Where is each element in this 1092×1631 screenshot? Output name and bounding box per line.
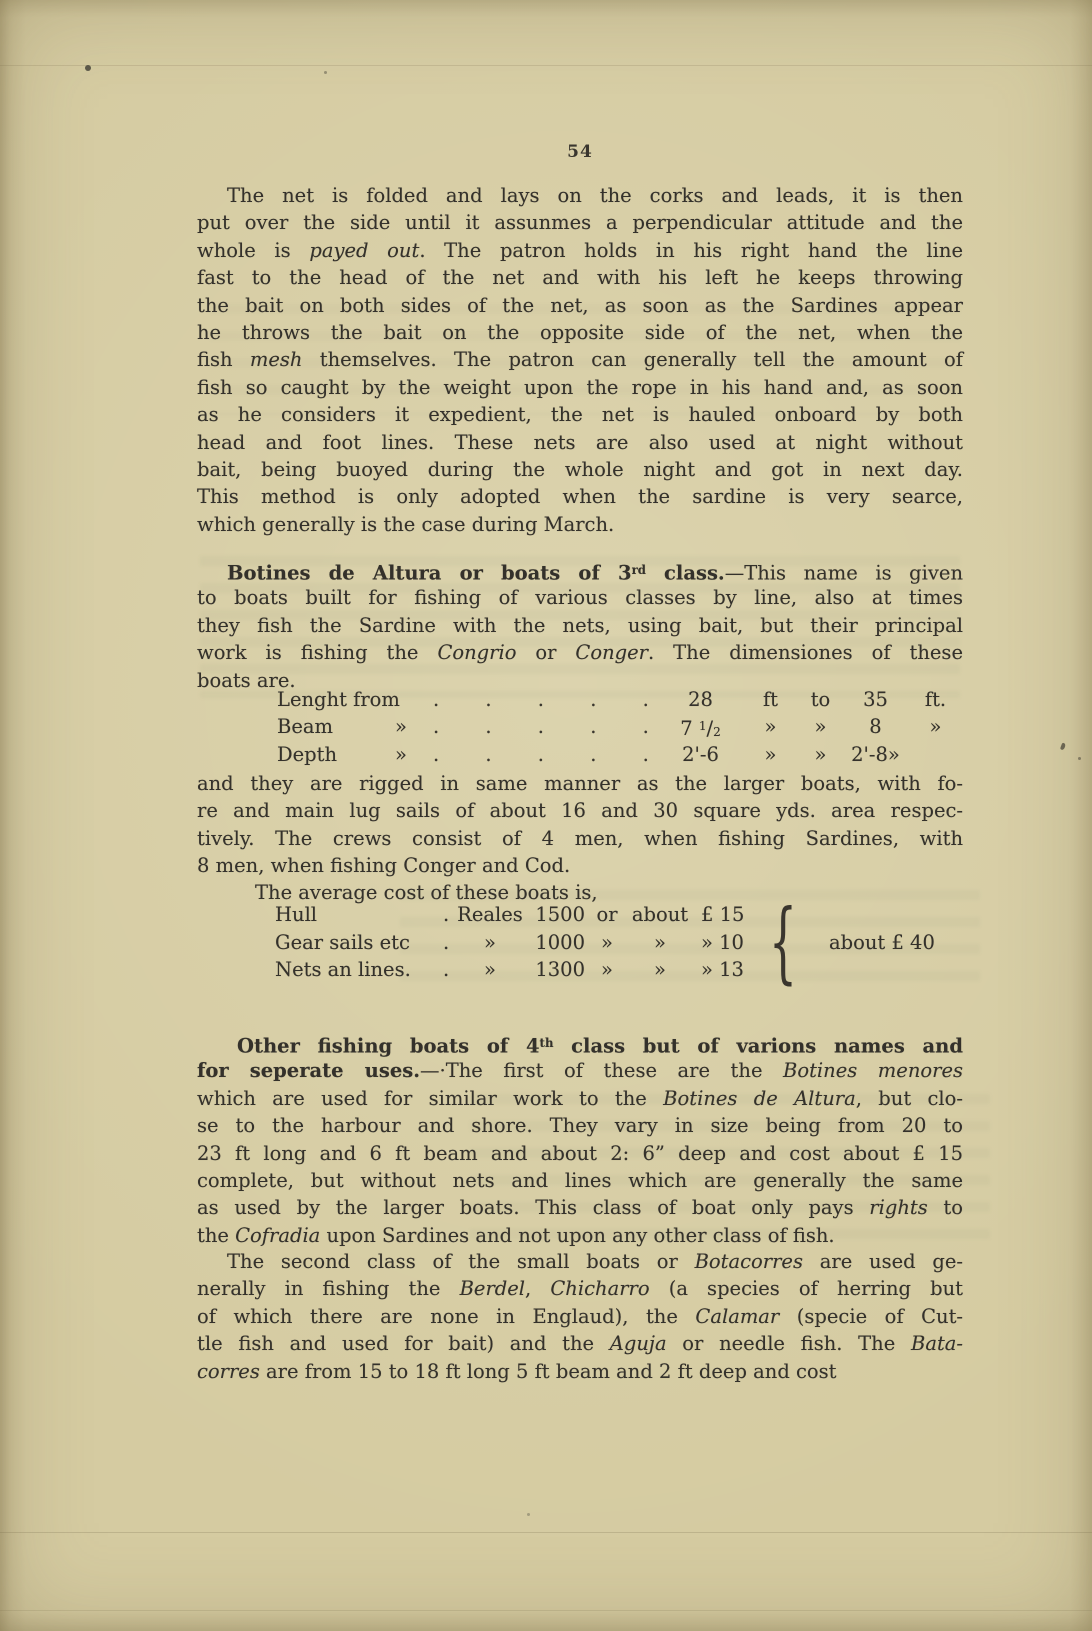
table-cell-label: Hull (275, 901, 443, 929)
table-cell-c4: 35 (843, 686, 908, 713)
text-line: and they are rigged in same manner as th… (197, 770, 963, 797)
table-cell-cur: Reales (451, 901, 529, 929)
table-cell-c2: » (743, 713, 798, 740)
table-cell-c5: » (585, 929, 629, 957)
text-line: The second class of the small boats or B… (197, 1248, 963, 1275)
text-line: put over the side until it assunmes a pe… (197, 209, 963, 236)
table-cell-amt: 1500 (529, 901, 585, 929)
text-line: for seperate uses.—·The first of these a… (197, 1057, 963, 1084)
scanned-book-page: 54 The net is folded and lays on the cor… (0, 0, 1092, 1631)
text-line: which are used for similar work to the B… (197, 1085, 963, 1112)
table-cell-c6: » (629, 929, 691, 957)
paper-speck (1060, 743, 1066, 751)
cost-brace: { (769, 902, 797, 982)
table-cell-c2: ft (743, 686, 798, 713)
text-line: he throws the bait on the opposite side … (197, 319, 963, 346)
paper-crease (0, 65, 1092, 66)
table-row: Hull. . . .Reales1500orabout£ 15 (275, 901, 767, 929)
table-cell-c7: » 13 (691, 956, 767, 984)
text-line: 8 men, when fishing Conger and Cod. (197, 852, 963, 879)
table-cell-dots: . . . . . . . . (425, 713, 658, 740)
text-line: bait, being buoyed during the whole nigh… (197, 456, 963, 483)
table-cell-c5: or (585, 901, 629, 929)
paragraph-rigging: and they are rigged in same manner as th… (197, 770, 963, 880)
paper-speck (527, 1513, 530, 1516)
table-cell-c5 (908, 741, 963, 768)
table-cell-sym: » (377, 713, 425, 740)
table-cell-cur: » (451, 929, 529, 957)
text-line: to boats built for fishing of various cl… (197, 584, 963, 611)
table-cell-c5: » (908, 713, 963, 740)
table-cell-label: Beam (277, 713, 377, 740)
table-cell-cur: » (451, 956, 529, 984)
table-row: Beam». . . . . . . .7 1/2»»8» (277, 713, 963, 740)
table-cell-c3: » (798, 713, 843, 740)
text-line: as used by the larger boats. This class … (197, 1194, 963, 1221)
text-line: Other fishing boats of 4th class but of … (197, 1030, 963, 1057)
table-cell-c4: 2'-8» (843, 741, 908, 768)
text-line: fast to the head of the net and with his… (197, 264, 963, 291)
text-line: complete, but without nets and lines whi… (197, 1167, 963, 1194)
cost-table-rows: Hull. . . .Reales1500orabout£ 15Gear sai… (275, 901, 767, 984)
table-cell-label: Depth (277, 741, 377, 768)
table-cell-c3: » (798, 741, 843, 768)
text-line: head and foot lines. These nets are also… (197, 429, 963, 456)
table-row: Gear sails etc.»1000»»» 10 (275, 929, 767, 957)
table-cell-dots: . . . . . . . . (425, 741, 658, 768)
table-cell-c6: » (629, 956, 691, 984)
table-cell-dots: . (443, 929, 451, 957)
paper-speck (1078, 757, 1081, 760)
paper-speck (324, 71, 327, 74)
text-line: which generally is the case during March… (197, 511, 963, 538)
text-line: fish so caught by the weight upon the ro… (197, 374, 963, 401)
table-cell-c1: 28 (658, 686, 743, 713)
table-cell-dots: . . . . . . . . (425, 686, 658, 713)
text-line: as he considers it expedient, the net is… (197, 401, 963, 428)
text-line: corres are from 15 to 18 ft long 5 ft be… (197, 1358, 963, 1385)
text-line: 23 ft long and 6 ft beam and about 2: 6”… (197, 1140, 963, 1167)
table-row: Depth». . . . . . . .2'-6»»2'-8» (277, 741, 963, 768)
text-line: tle fish and used for bait) and the Aguj… (197, 1330, 963, 1357)
text-line: tively. The crews consist of 4 men, when… (197, 825, 963, 852)
cost-table: Hull. . . .Reales1500orabout£ 15Gear sai… (275, 901, 935, 984)
paper-crease (0, 1532, 1092, 1533)
paper-crease (0, 1610, 1092, 1611)
table-cell-c5: ft. (908, 686, 963, 713)
table-cell-c7: £ 15 (691, 901, 767, 929)
table-cell-c6: about (629, 901, 691, 929)
text-line: of which there are none in Englaud), the… (197, 1303, 963, 1330)
paper-speck (85, 65, 91, 71)
text-line: se to the harbour and shore. They vary i… (197, 1112, 963, 1139)
text-line: whole is payed out. The patron holds in … (197, 237, 963, 264)
table-cell-dots: . (443, 956, 451, 984)
table-cell-c4: 8 (843, 713, 908, 740)
table-cell-c1: 7 1/2 (658, 713, 743, 740)
text-line: The net is folded and lays on the corks … (197, 182, 963, 209)
text-line: they fish the Sardine with the nets, usi… (197, 612, 963, 639)
text-line: fish mesh themselves. The patron can gen… (197, 346, 963, 373)
table-cell-label: Lenght from (277, 686, 377, 713)
text-line: This method is only adopted when the sar… (197, 483, 963, 510)
page-number: 54 (197, 142, 963, 162)
table-cell-amt: 1300 (529, 956, 585, 984)
text-line: re and main lug sails of about 16 and 30… (197, 797, 963, 824)
section-botines-de-altura: Botines de Altura or boats of 3rd class.… (197, 557, 963, 694)
section-other-fishing-boats: Other fishing boats of 4th class but of … (197, 1030, 963, 1249)
paragraph-net-handling: The net is folded and lays on the corks … (197, 182, 963, 538)
table-row: Nets an lines..»1300»»» 13 (275, 956, 767, 984)
text-line: Botines de Altura or boats of 3rd class.… (197, 557, 963, 584)
table-cell-c5: » (585, 956, 629, 984)
dimensions-table: Lenght from. . . . . . . .28ftto35ft.Bea… (277, 686, 963, 768)
table-cell-c7: » 10 (691, 929, 767, 957)
text-line: work is fishing the Congrio or Conger. T… (197, 639, 963, 666)
table-cell-c1: 2'-6 (658, 741, 743, 768)
table-cell-c2: » (743, 741, 798, 768)
table-cell-sym: » (377, 741, 425, 768)
paragraph-botacorres: The second class of the small boats or B… (197, 1248, 963, 1385)
table-cell-dots: . . . . (443, 901, 451, 929)
text-line: the Cofradia upon Sardines and not upon … (197, 1222, 963, 1249)
table-cell-amt: 1000 (529, 929, 585, 957)
table-row: Lenght from. . . . . . . .28ftto35ft. (277, 686, 963, 713)
table-cell-sym (377, 686, 425, 713)
cost-total: about £ 40 (829, 931, 935, 954)
table-cell-label: Gear sails etc (275, 929, 443, 957)
table-cell-label: Nets an lines. (275, 956, 443, 984)
text-line: the bait on both sides of the net, as so… (197, 292, 963, 319)
text-line: nerally in fishing the Berdel, Chicharro… (197, 1275, 963, 1302)
table-cell-c3: to (798, 686, 843, 713)
